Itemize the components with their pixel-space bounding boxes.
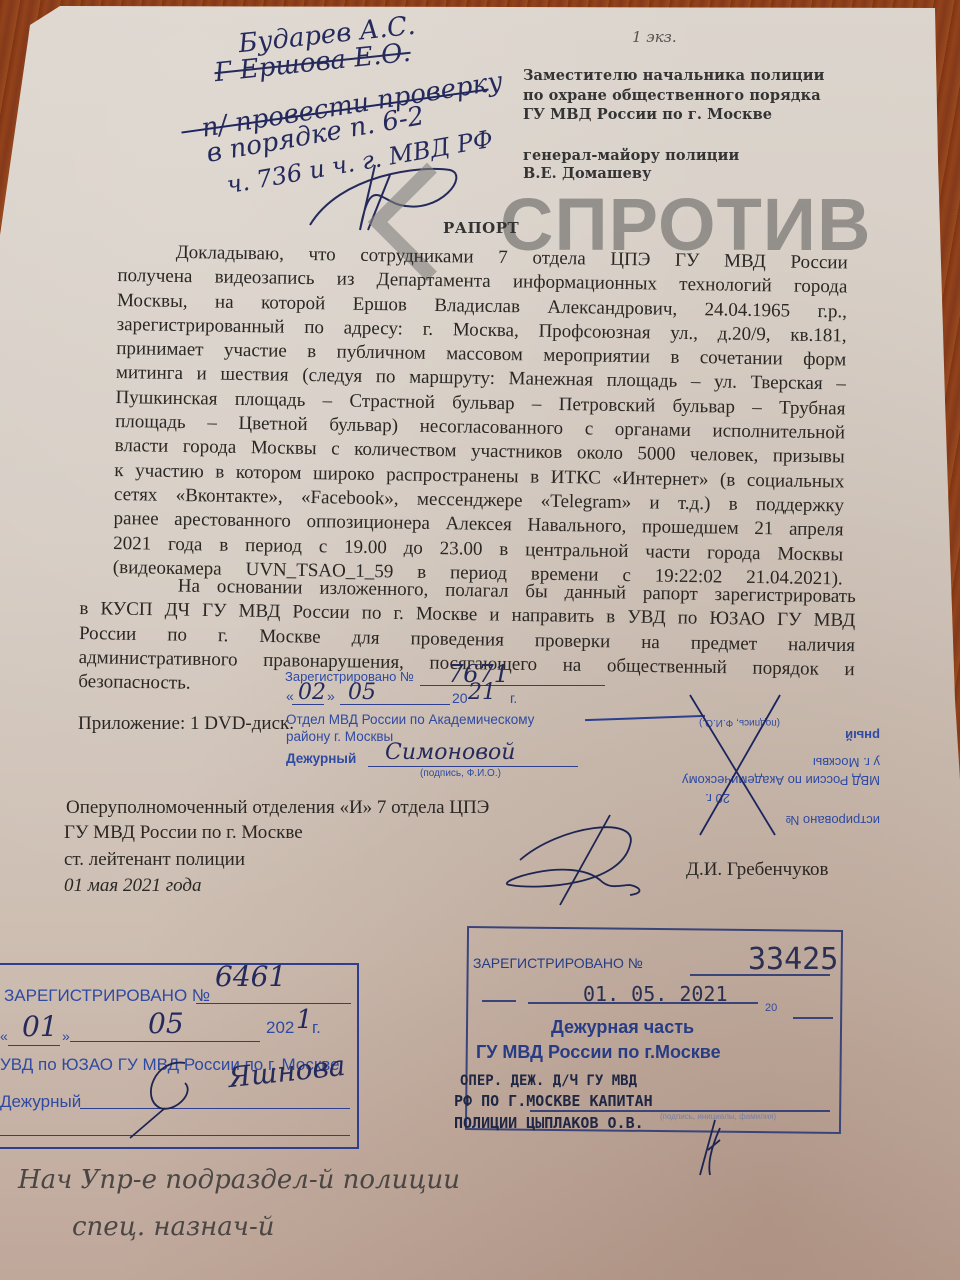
addressee-line-3: ГУ МВД России по г. Москве bbox=[523, 105, 772, 125]
stamp-duty-line-1: Дежурная часть bbox=[551, 1017, 694, 1038]
officer-signature-icon bbox=[490, 805, 660, 910]
stamp-duty-officer-1: ОПЕР. ДЕЖ. Д/Ч ГУ МВД bbox=[460, 1073, 637, 1089]
stamp-academic-dept-1: Отдел МВД России по Академическому bbox=[286, 712, 534, 727]
bottom-note-line-2: спец. назнач-й bbox=[72, 1212, 275, 1242]
addressee-line-4: генерал-майору полиции bbox=[523, 146, 739, 166]
uvd-signature-icon bbox=[125, 1058, 215, 1138]
report-date: 01 мая 2021 года bbox=[64, 874, 201, 898]
stamp-duty-number: 33425 bbox=[748, 942, 838, 977]
stamp-duty-line-2: ГУ МВД России по г.Москве bbox=[476, 1042, 721, 1063]
stamp-academic-month: 05 bbox=[348, 680, 376, 705]
duty-officer-signature-icon bbox=[690, 1120, 730, 1180]
stamp-academic-caption: (подпись, Ф.И.О.) bbox=[420, 768, 501, 779]
body-paragraph-1: Докладываю, что сотрудниками 7 отдела ЦП… bbox=[113, 240, 848, 592]
top-right-note: 1 экз. bbox=[632, 28, 677, 46]
stamp-uvd-number: 6461 bbox=[215, 960, 286, 993]
attachment-line: Приложение: 1 DVD-диск. bbox=[78, 712, 294, 736]
addressee-line-1: Заместителю начальника полиции bbox=[523, 66, 824, 86]
signer-position-line-2: ГУ МВД России по г. Москве bbox=[64, 821, 303, 845]
stamp-duty-officer-2: РФ ПО Г.МОСКВЕ КАПИТАН bbox=[454, 1092, 653, 1110]
stamp-academic-signature: Симоновой bbox=[385, 740, 515, 765]
stamp-uvd-month: 05 bbox=[148, 1007, 184, 1040]
bottom-note-line-1: Нач Упр-е подраздел-й полиции bbox=[18, 1165, 460, 1195]
stamp-duty-registered-label: ЗАРЕГИСТРИРОВАНО № bbox=[473, 955, 643, 971]
document-title: РАПОРТ bbox=[443, 219, 519, 237]
document-page: Бударев А.С. Г Ершова Е.О. п/ провести п… bbox=[0, 0, 960, 1280]
stamp-academic-day: 02 bbox=[298, 680, 326, 705]
stamp-academic-year: 21 bbox=[468, 680, 496, 705]
signer-position-line-1: Оперуполномоченный отделения «И» 7 отдел… bbox=[66, 796, 489, 820]
stamp-uvd-registered-label: ЗАРЕГИСТРИРОВАНО № bbox=[4, 986, 210, 1006]
stamp-duty-date: 01. 05. 2021 bbox=[583, 982, 728, 1006]
cross-out-mark-icon bbox=[680, 690, 790, 840]
stamp-academic-duty-label: Дежурный bbox=[286, 751, 356, 766]
signer-rank: ст. лейтенант полиции bbox=[64, 848, 245, 872]
stamp-academic-year-prefix: 20 bbox=[452, 690, 468, 706]
signer-name: Д.И. Гребенчуков bbox=[686, 858, 828, 882]
stamp-uvd-year-prefix: 202 bbox=[266, 1018, 294, 1038]
stamp-uvd-duty-label: Дежурный bbox=[0, 1092, 81, 1112]
stamp-uvd-day: 01 bbox=[22, 1010, 58, 1043]
stamp-duty-officer-3: ПОЛИЦИИ ЦЫПЛАКОВ О.В. bbox=[454, 1114, 644, 1132]
addressee-line-5: В.Е. Домашеву bbox=[523, 164, 651, 184]
addressee-line-2: по охране общественного порядка bbox=[523, 86, 821, 106]
stamp-academic-dept-2: району г. Москвы bbox=[286, 729, 393, 744]
